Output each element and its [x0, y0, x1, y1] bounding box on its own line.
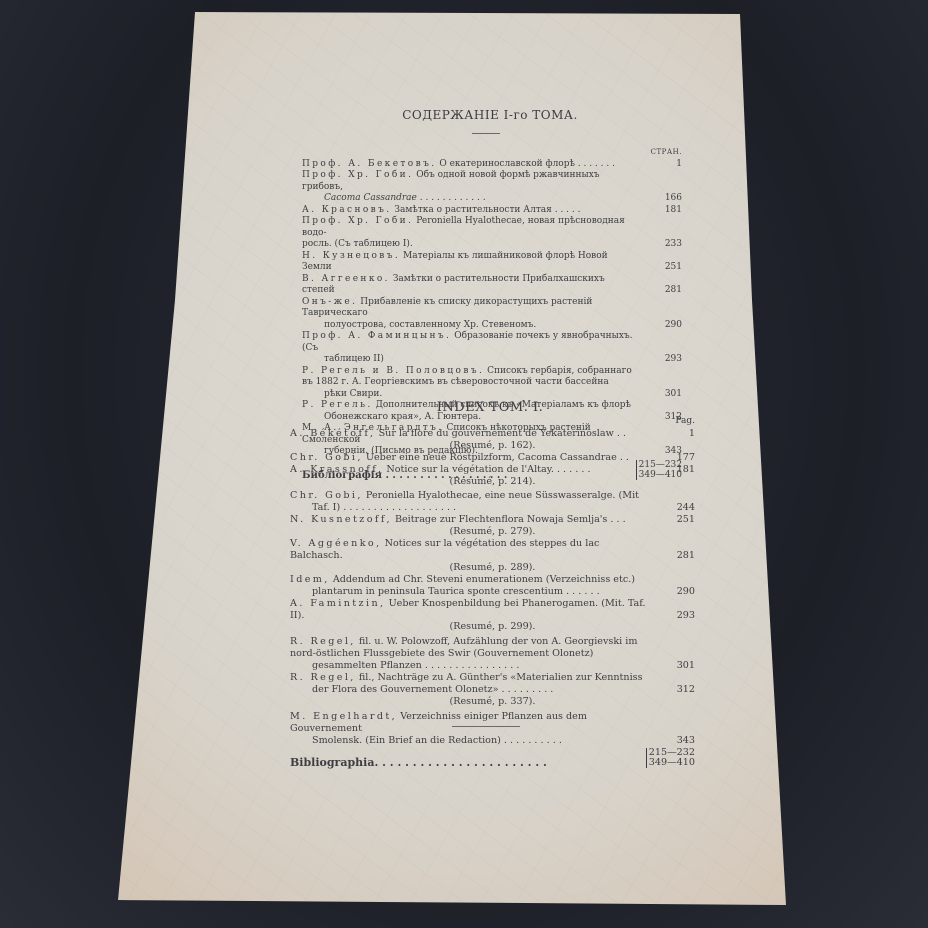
index-entry[interactable]: N. Kusnetzoff, Beitrage zur Flechtenflor… — [290, 514, 695, 526]
toc-entry[interactable]: Проф. Хр. Гоби. Объ одной новой формѣ рж… — [302, 170, 682, 205]
toc-entry[interactable]: Проф. А. Фаминцынъ. Образованіе почекъ у… — [302, 331, 682, 366]
index-entry[interactable]: R. Regel, fil., Nachträge zu A. Günther'… — [290, 672, 695, 696]
index-entry[interactable]: R. Regel, fil. u. W. Polowzoff, Aufzählu… — [290, 636, 695, 672]
document-page: СОДЕРЖАНІЕ I-го ТОМА. СТРАН. Проф. А. Бе… — [0, 0, 928, 928]
resume-note: (Resumé, p. 337). — [290, 696, 695, 708]
resume-note: (Resumé, p. 162). — [290, 440, 695, 452]
index-title: INDEX TOM. I. — [290, 400, 690, 415]
toc-entry[interactable]: Проф. Хр. Гоби. Peroniella Hyalothecae, … — [302, 216, 682, 251]
russian-title: СОДЕРЖАНІЕ I-го ТОМА. — [300, 108, 680, 122]
resume-note: (Resumé, p. 299). — [290, 621, 695, 633]
latin-toc: Pag. A. Békétoff, Sur la flore du gouver… — [290, 416, 695, 769]
bibliography-entry[interactable]: Bibliographia. . . . . . . . . . . . . .… — [290, 748, 695, 769]
index-entry[interactable]: A. Békétoff, Sur la flore du gouvernemen… — [290, 428, 695, 440]
toc-entry[interactable]: А. Красновъ. Замѣтка о растительности Ал… — [302, 205, 682, 217]
toc-entry[interactable]: Н. Кузнецовъ. Матеріалы къ лишайниковой … — [302, 251, 682, 274]
index-entry[interactable]: Idem, Addendum ad Chr. Steveni enumerati… — [290, 574, 695, 598]
index-entry[interactable]: M. Engelhardt, Verzeichniss einiger Pfla… — [290, 711, 695, 747]
title-rule — [472, 133, 500, 134]
end-rule — [452, 726, 520, 727]
toc-entry[interactable]: Проф. А. Бекетовъ. О екатеринославской ф… — [302, 159, 682, 171]
resume-note: (Resumé, p. 289). — [290, 562, 695, 574]
resume-note: (Resumé, p. 214). — [290, 476, 695, 488]
resume-note: (Resumé, p. 279). — [290, 526, 695, 538]
toc-entry[interactable]: Онъ-же. Прибавленіе къ списку дикорастущ… — [302, 297, 682, 332]
page-column-header: Pag. — [290, 416, 695, 428]
toc-entry[interactable]: В. Аггеенко. Замѣтки о растительности Пр… — [302, 274, 682, 297]
index-entry[interactable]: V. Aggéenko, Notices sur la végétation d… — [290, 538, 695, 562]
toc-entry[interactable]: Р. Регель и В. Половцовъ. Списокъ гербар… — [302, 366, 682, 401]
index-entry[interactable]: Chr. Gobi, Peroniella Hyalothecae, eine … — [290, 490, 695, 514]
index-entry[interactable]: A. Krassnoff, Notice sur la végétation d… — [290, 464, 695, 476]
index-entry[interactable]: Chr. Gobi, Ueber eine neue Rostpilzform,… — [290, 452, 695, 464]
page-column-header: СТРАН. — [302, 147, 682, 159]
index-entry[interactable]: A. Famintzin, Ueber Knospenbildung bei P… — [290, 598, 695, 622]
